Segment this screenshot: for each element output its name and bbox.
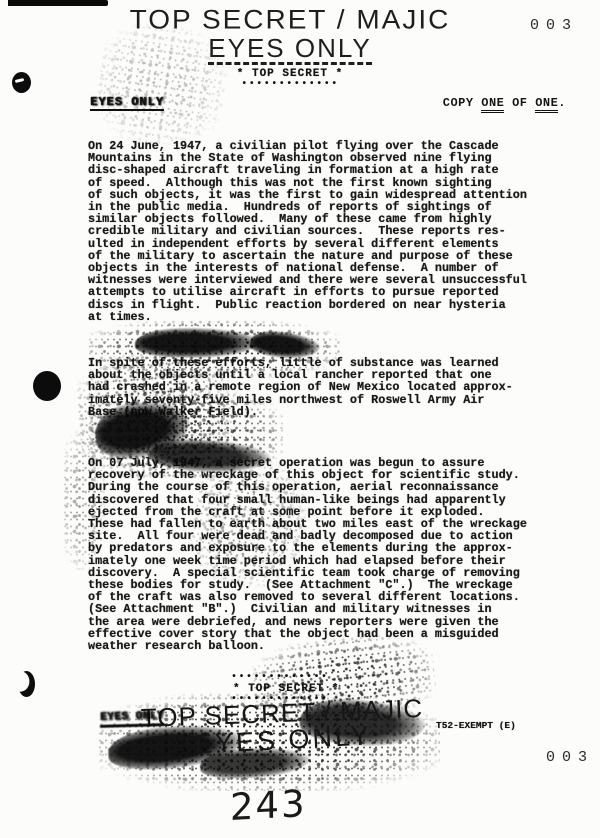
page-control-number-bottom: 003 bbox=[546, 750, 594, 765]
page-control-number-top: 003 bbox=[530, 18, 578, 33]
punch-hole-mark bbox=[12, 72, 31, 93]
scan-edge-bar bbox=[8, 0, 108, 6]
paragraph-rancher-report: In spite of these efforts, little of sub… bbox=[88, 357, 568, 418]
punch-hole-notch bbox=[15, 78, 24, 83]
copy-prefix: COPY bbox=[443, 96, 482, 110]
copy-one-first: ONE bbox=[481, 96, 504, 113]
copy-one-second: ONE bbox=[535, 96, 558, 113]
eyes-only-header-left: EYES ONLY bbox=[90, 96, 164, 111]
exemption-code: T52-EXEMPT (E) bbox=[436, 721, 516, 731]
eyes-only-footer-left: EYES ONLY bbox=[100, 711, 164, 728]
scanned-document-page: TOP SECRET / MAJIC EYES ONLY * TOP SECRE… bbox=[0, 0, 600, 838]
asterisk-separator: ••••••••••••• bbox=[120, 80, 460, 90]
crescent-punch-mark bbox=[18, 671, 35, 697]
punch-hole-mark bbox=[33, 371, 61, 401]
stamp-line-eyes-only: EYES ONLY bbox=[208, 35, 371, 65]
stamp-line-top-secret-majic: TOP SECRET / MAJIC bbox=[120, 6, 460, 35]
copy-count-line: COPY ONE OF ONE. bbox=[443, 97, 566, 109]
handwritten-page-number: 243 bbox=[230, 784, 307, 828]
paragraph-sighting-1947: On 24 June, 1947, a civilian pilot flyin… bbox=[88, 140, 568, 323]
copy-middle: OF bbox=[504, 96, 535, 110]
copy-suffix: . bbox=[558, 96, 566, 110]
bottom-classification-stamp: TOP SECRET / MAJIC EYES ONLY bbox=[139, 694, 426, 759]
top-classification-stamp: TOP SECRET / MAJIC EYES ONLY * TOP SECRE… bbox=[120, 5, 460, 90]
paragraph-recovery-operation: On 07 July, 1947, a secret operation was… bbox=[88, 457, 568, 652]
asterisk-separator: ••••••••••••• bbox=[231, 673, 329, 683]
ink-blob bbox=[135, 328, 260, 358]
